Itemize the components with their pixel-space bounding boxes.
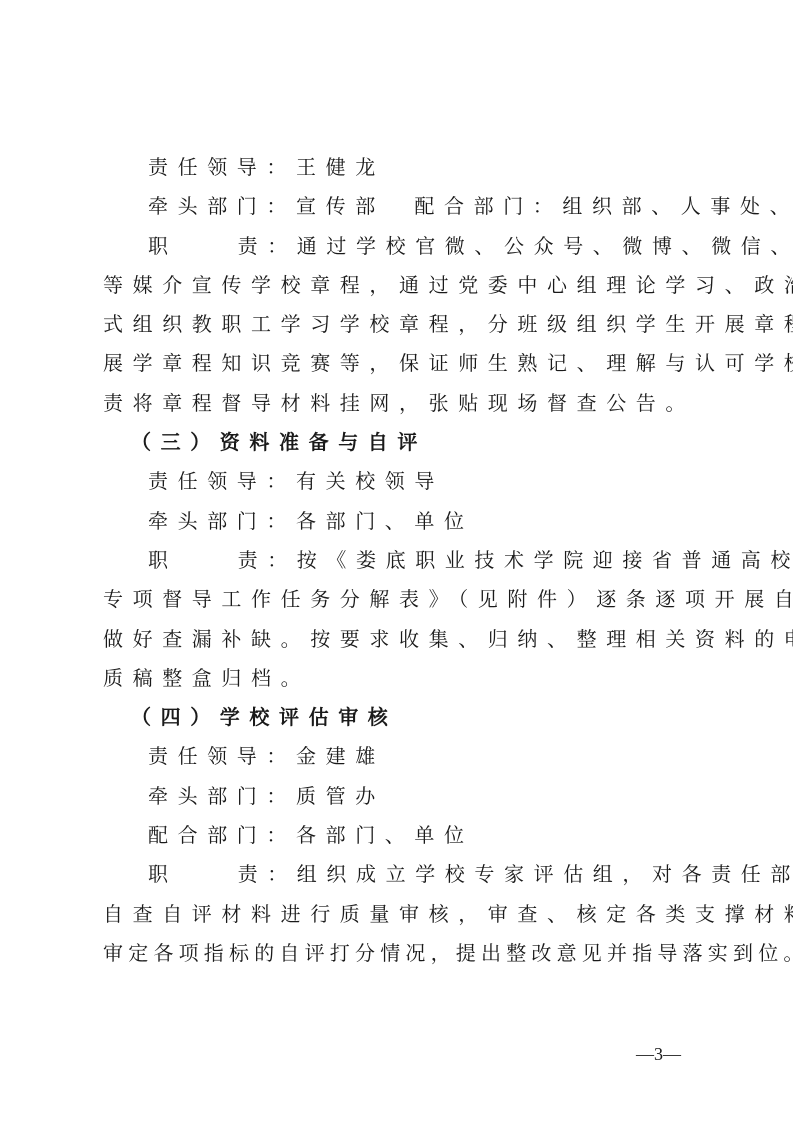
- duty-line: 做好查漏补缺。按要求收集、归纳、整理相关资料的电子稿，纸: [103, 620, 703, 659]
- duty-line-first: 职责：按《娄底职业技术学院迎接省普通高校章程实施: [103, 541, 703, 580]
- leader-line: 责任领导：王健龙: [103, 148, 703, 187]
- duty-label-a: 职: [148, 234, 178, 258]
- duty-label-b: 责：按《娄底职业技术学院迎接省普通高校章程实施: [238, 548, 793, 572]
- duty-label-a: 职: [148, 862, 178, 886]
- duty-line: 质稿整盒归档。: [103, 659, 703, 698]
- duty-line-first: 职责：通过学校官微、公众号、微博、微信、宣传橱窗: [103, 227, 703, 266]
- department-line: 牵头部门：各部门、单位: [103, 502, 703, 541]
- section-heading-3: （三）资料准备与自评: [103, 423, 703, 462]
- duty-line: 自查自评材料进行质量审核，审查、核定各类支撑材料；: [103, 895, 703, 934]
- leader-line: 责任领导：有关校领导: [103, 462, 703, 501]
- department-line: 牵头部门：宣传部 配合部门：组织部、人事处、团委: [103, 187, 703, 226]
- duty-line-first: 职责：组织成立学校专家评估组，对各责任部门提交的: [103, 855, 703, 894]
- department-line: 牵头部门：质管办: [103, 777, 703, 816]
- duty-line: 式组织教职工学习学校章程，分班级组织学生开展章程学习，开: [103, 305, 703, 344]
- duty-line: 展学章程知识竞赛等，保证师生熟记、理解与认可学校章程；负: [103, 344, 703, 383]
- duty-label-b: 责：组织成立学校专家评估组，对各责任部门提交的: [238, 862, 793, 886]
- duty-line: 责将章程督导材料挂网，张贴现场督查公告。: [103, 384, 703, 423]
- duty-line: 等媒介宣传学校章程，通过党委中心组理论学习、政治学习的方: [103, 266, 703, 305]
- duty-line: 专项督导工作任务分解表》（见附件）逐条逐项开展自查自评，: [103, 580, 703, 619]
- leader-line: 责任领导：金建雄: [103, 737, 703, 776]
- page-number: —3—: [636, 1044, 681, 1065]
- duty-label-a: 职: [148, 548, 178, 572]
- section-heading-4: （四）学校评估审核: [103, 698, 703, 737]
- duty-label-b: 责：通过学校官微、公众号、微博、微信、宣传橱窗: [238, 234, 793, 258]
- duty-line: 审定各项指标的自评打分情况，提出整改意见并指导落实到位。: [103, 934, 703, 973]
- cooperating-department-line: 配合部门：各部门、单位: [103, 816, 703, 855]
- document-page: 责任领导：王健龙 牵头部门：宣传部 配合部门：组织部、人事处、团委 职责：通过学…: [103, 148, 703, 973]
